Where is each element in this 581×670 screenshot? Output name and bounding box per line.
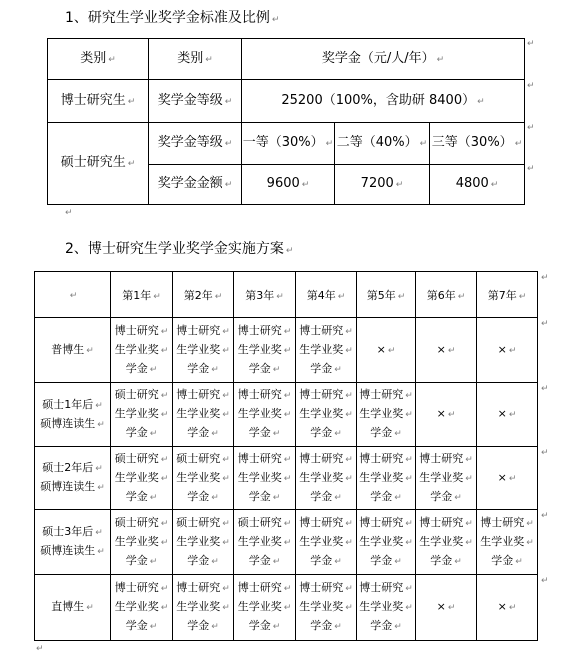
cell-line: 学金↵ [357,617,415,636]
paragraph-mark: ↵ [97,483,105,493]
paragraph-mark: ↵ [345,584,353,594]
cell-line: 生学业奖↵ [357,469,415,488]
table2-row-label-cell: 直博生↵ [35,575,111,641]
table2-year-header-cell: 第2年↵ [173,272,234,318]
cell-line: ×↵ [477,341,537,360]
table2-cell: 硕士研究↵生学业奖↵学金↵ [173,447,234,510]
cell-line: 生学业奖↵ [111,341,172,360]
cell-text: 博士研究 [359,581,403,594]
paragraph-mark: ↵ [161,391,169,401]
cell-text: 博士研究 [299,516,343,529]
paragraph-mark: ↵ [345,327,353,337]
cell-line: 生学业奖↵ [296,341,356,360]
paragraph-mark: ↵ [526,538,534,548]
cell-line: 博士研究↵ [173,322,233,341]
cell-text: 生学业奖 [419,535,463,548]
cell-text: × [498,471,507,484]
table2-row-label-cell: 硕士3年后↵硕博连读生↵ [35,510,111,575]
cell-text: 硕士研究 [115,452,159,465]
cell-text: 学金 [187,554,209,567]
cell-text: 生学业奖 [299,600,343,613]
paragraph-mark: ↵ [215,292,223,302]
paragraph-mark: ↵ [394,429,402,439]
cell-line: 学金↵ [296,424,356,443]
cell-text: 学金 [370,619,392,632]
cell-line: 生学业奖↵ [111,405,172,424]
table1-doctor-grade-label-cell: 奖学金等级↵ [149,80,242,123]
table2-cell: 博士研究↵生学业奖↵学金↵ [296,318,357,383]
cell-text: 硕士研究生 [61,155,126,170]
cell-text: 学金 [126,490,148,503]
cell-text: 生学业奖 [115,407,159,420]
table2-cell: 博士研究↵生学业奖↵学金↵ [234,575,296,641]
cell-text: 生学业奖 [115,471,159,484]
cell-text: 类别 [80,51,106,66]
paragraph-mark: ↵ [222,346,230,356]
cell-line: 博士研究↵ [416,514,476,533]
paragraph-mark: ↵ [405,603,413,613]
table1-category-cell: 类别↵ [48,39,149,80]
cell-text: 第3年 [245,289,274,302]
cell-text: 学金 [249,490,271,503]
cell-text: 二等（40%） [337,135,418,150]
cell-line: 学金↵ [234,617,295,636]
cell-line: 博士研究↵ [296,386,356,405]
paragraph-mark: ↵ [150,429,158,439]
cell-text: 学金 [310,619,332,632]
cell-line: 生学业奖↵ [357,598,415,617]
cell-line: ×↵ [416,598,476,617]
cell-text: 4800 [456,176,489,191]
table1-grade-cell: 三等（30%）↵ [430,123,525,165]
cell-text: 学金 [370,490,392,503]
cell-text: 博士研究 [480,516,524,529]
cell-text: 生学业奖 [176,535,220,548]
cell-text: 生学业奖 [299,535,343,548]
paragraph-mark: ↵ [326,139,334,149]
cell-line: 博士研究↵ [111,579,172,598]
paragraph-mark: ↵ [338,292,346,302]
cell-text: 博士研究 [299,324,343,337]
paragraph-mark: ↵ [405,391,413,401]
paragraph-mark: ↵ [345,538,353,548]
paragraph-mark: ↵ [211,365,219,375]
cell-text: 博士研究 [299,452,343,465]
cell-line: ×↵ [477,405,537,424]
paragraph-mark: ↵ [211,622,219,632]
cell-line: 学金↵ [416,552,476,571]
cell-line: 学金↵ [296,552,356,571]
cell-text: 直博生 [51,600,84,613]
cell-text: 博士研究 [238,452,282,465]
cell-text: 学金 [310,362,332,375]
paragraph-mark: ↵ [70,291,78,301]
cell-text: 生学业奖 [176,343,220,356]
cell-text: 学金 [370,554,392,567]
table2-row-label-cell: 普博生↵ [35,318,111,383]
paragraph-mark: ↵ [284,391,292,401]
cell-line: 学金↵ [357,552,415,571]
cell-text: 博士研究 [238,388,282,401]
cell-line: 学金↵ [416,488,476,507]
paragraph-mark: ↵ [345,455,353,465]
cell-line: 学金↵ [173,488,233,507]
paragraph-mark: ↵ [465,519,473,529]
table2-cell: ×↵ [477,447,538,510]
cell-line: 博士研究↵ [357,514,415,533]
cell-text: 普博生 [51,343,84,356]
paragraph-mark: ↵ [36,645,44,654]
cell-line: 硕博连读生↵ [35,542,110,561]
table2-cell: 博士研究↵生学业奖↵学金↵ [173,383,234,447]
cell-line: 博士研究↵ [173,579,233,598]
table2-cell: 硕士研究↵生学业奖↵学金↵ [111,447,173,510]
paragraph-mark: ↵ [541,385,549,394]
cell-text: × [498,407,507,420]
paragraph-mark: ↵ [150,365,158,375]
paragraph-mark: ↵ [527,40,535,49]
cell-text: 学金 [187,362,209,375]
paragraph-mark: ↵ [515,139,523,149]
table2-cell: 硕士研究↵生学业奖↵学金↵ [173,510,234,575]
cell-line: ×↵ [477,469,537,488]
paragraph-mark: ↵ [396,180,404,190]
paragraph-mark: ↵ [465,474,473,484]
cell-line: 学金↵ [296,488,356,507]
table2-cell: 博士研究↵生学业奖↵学金↵ [357,383,416,447]
cell-text: 硕士研究 [176,452,220,465]
cell-line: 博士研究↵ [296,322,356,341]
cell-text: 生学业奖 [359,535,403,548]
cell-line: 学金↵ [173,552,233,571]
cell-text: 生学业奖 [299,407,343,420]
cell-line: 学金↵ [111,424,172,443]
cell-line: 硕博连读生↵ [35,478,110,497]
paragraph-mark: ↵ [222,474,230,484]
paragraph-mark: ↵ [272,15,280,25]
cell-text: 第6年 [427,289,456,302]
table2-cell: 博士研究↵生学业奖↵学金↵ [173,318,234,383]
paragraph-mark: ↵ [273,429,281,439]
paragraph-mark: ↵ [448,410,456,420]
table2-cell: 博士研究↵生学业奖↵学金↵ [173,575,234,641]
cell-text: 博士研究 [238,581,282,594]
paragraph-mark: ↵ [509,346,517,356]
cell-text: 生学业奖 [238,407,282,420]
cell-text: 博士研究 [299,581,343,594]
paragraph-mark: ↵ [509,603,517,613]
cell-text: 第5年 [367,289,396,302]
cell-line: 生学业奖↵ [173,533,233,552]
table2-year-header-cell: 第4年↵ [296,272,357,318]
cell-line: 学金↵ [111,617,172,636]
cell-text: 学金 [491,554,513,567]
cell-line: 生学业奖↵ [296,469,356,488]
cell-text: 第4年 [307,289,336,302]
paragraph-mark: ↵ [398,292,406,302]
paragraph-mark: ↵ [95,401,103,411]
cell-line: 硕士研究↵ [111,514,172,533]
table2-cell: ×↵ [477,575,538,641]
section1-title: 1、研究生学业奖学金标准及比例↵ [65,10,279,29]
cell-line: 学金↵ [234,360,295,379]
cell-text: × [437,600,446,613]
cell-line: 硕士2年后↵ [35,459,110,478]
table1-category-cell: 类别↵ [149,39,242,80]
table2-row: 硕士2年后↵硕博连读生↵硕士研究↵生学业奖↵学金↵硕士研究↵生学业奖↵学金↵博士… [35,447,538,510]
cell-text: 学金 [126,426,148,439]
paragraph-mark: ↵ [222,584,230,594]
table2-cell: 博士研究↵生学业奖↵学金↵ [416,510,477,575]
paragraph-mark: ↵ [211,429,219,439]
paragraph-mark: ↵ [284,455,292,465]
cell-text: 硕博连读生 [40,544,95,557]
cell-line: 生学业奖↵ [357,405,415,424]
paragraph-mark: ↵ [284,327,292,337]
table1-grade-cell: 一等（30%）↵ [242,123,335,165]
cell-line: 博士研究↵ [234,386,295,405]
paragraph-mark: ↵ [541,274,549,283]
paragraph-mark: ↵ [211,557,219,567]
paragraph-mark: ↵ [420,139,428,149]
cell-line: 博士研究↵ [296,450,356,469]
section2-title: 2、博士研究生学业奖学金实施方案↵ [65,241,293,260]
cell-line: 博士研究↵ [234,450,295,469]
table2-cell: 博士研究↵生学业奖↵学金↵ [357,447,416,510]
paragraph-mark: ↵ [286,246,294,256]
table2-row-label-cell: 硕士1年后↵硕博连读生↵ [35,383,111,447]
cell-line: 博士研究↵ [234,579,295,598]
cell-text: 学金 [370,426,392,439]
cell-text: 博士研究 [419,452,463,465]
paragraph-mark: ↵ [448,603,456,613]
table2-cell: 博士研究↵生学业奖↵学金↵ [111,575,173,641]
paragraph-mark: ↵ [86,603,94,613]
cell-line: 硕士研究↵ [173,450,233,469]
cell-text: × [437,343,446,356]
cell-line: 博士研究↵ [416,450,476,469]
paragraph-mark: ↵ [405,455,413,465]
paragraph-mark: ↵ [526,519,534,529]
cell-line: 学金↵ [296,617,356,636]
table1-master-amount-label-cell: 奖学金金额↵ [149,165,242,205]
paragraph-mark: ↵ [405,474,413,484]
paragraph-mark: ↵ [345,346,353,356]
cell-text: 博士研究 [176,388,220,401]
paragraph-mark: ↵ [509,474,517,484]
cell-line: 硕士1年后↵ [35,396,110,415]
cell-text: 学金 [187,619,209,632]
cell-text: 生学业奖 [359,471,403,484]
cell-line: 学金↵ [173,617,233,636]
cell-text: 硕士研究 [176,516,220,529]
table2-cell: 博士研究↵生学业奖↵学金↵ [296,383,357,447]
paragraph-mark: ↵ [108,55,116,65]
table2-year-header-cell: 第3年↵ [234,272,296,318]
cell-line: 硕士3年后↵ [35,523,110,542]
paragraph-mark: ↵ [284,538,292,548]
table2-cell: 硕士研究↵生学业奖↵学金↵ [234,510,296,575]
cell-text: 7200 [361,176,394,191]
paragraph-mark: ↵ [491,180,499,190]
cell-line: 生学业奖↵ [416,533,476,552]
table1-doctor-label-cell: 博士研究生↵ [48,80,149,123]
cell-line: 博士研究↵ [357,450,415,469]
cell-text: 生学业奖 [419,471,463,484]
table2-year-header-cell: 第5年↵ [357,272,416,318]
cell-text: 学金 [187,426,209,439]
table2-row-label-cell: 硕士2年后↵硕博连读生↵ [35,447,111,510]
table1-amount-cell: 7200↵ [335,165,430,205]
paragraph-mark: ↵ [225,139,233,149]
paragraph-mark: ↵ [222,455,230,465]
table2-cell: ×↵ [477,383,538,447]
paragraph-mark: ↵ [334,493,342,503]
table2-cell: 博士研究↵生学业奖↵学金↵ [477,510,538,575]
paragraph-mark: ↵ [161,603,169,613]
paragraph-mark: ↵ [458,292,466,302]
cell-line: 博士研究↵ [357,386,415,405]
cell-line: 生学业奖↵ [111,598,172,617]
cell-text: 生学业奖 [238,343,282,356]
paragraph-mark: ↵ [465,538,473,548]
cell-text: 博士研究 [299,388,343,401]
cell-text: 学金 [187,490,209,503]
cell-text: 生学业奖 [176,407,220,420]
cell-text: 25200（100%，含助研 8400） [281,93,475,108]
paragraph-mark: ↵ [394,493,402,503]
cell-text: 生学业奖 [359,600,403,613]
paragraph-mark: ↵ [161,538,169,548]
paragraph-mark: ↵ [150,493,158,503]
cell-text: 第1年 [122,289,151,302]
paragraph-mark: ↵ [541,512,549,521]
table2-row: 硕士3年后↵硕博连读生↵硕士研究↵生学业奖↵学金↵硕士研究↵生学业奖↵学金↵硕士… [35,510,538,575]
paragraph-mark: ↵ [405,410,413,420]
paragraph-mark: ↵ [405,538,413,548]
cell-text: 学金 [249,619,271,632]
cell-text: 9600 [267,176,300,191]
paragraph-mark: ↵ [161,455,169,465]
cell-line: 硕博连读生↵ [35,415,110,434]
table2-cell: 博士研究↵生学业奖↵学金↵ [296,510,357,575]
table2-header-row: ↵ 第1年↵ 第2年↵ 第3年↵ 第4年↵ 第5年↵ 第6年↵ 第7年↵ [35,272,538,318]
paragraph-mark: ↵ [541,320,549,329]
paragraph-mark: ↵ [345,519,353,529]
table2-cell: 硕士研究↵生学业奖↵学金↵ [111,383,173,447]
paragraph-mark: ↵ [405,519,413,529]
paragraph-mark: ↵ [388,346,396,356]
cell-line: 生学业奖↵ [296,405,356,424]
paragraph-mark: ↵ [454,557,462,567]
paragraph-mark: ↵ [284,410,292,420]
cell-line: 学金↵ [477,552,537,571]
cell-text: × [498,343,507,356]
table2-cell: ×↵ [357,318,416,383]
cell-line: ×↵ [416,405,476,424]
paragraph-mark: ↵ [161,327,169,337]
cell-line: 学金↵ [173,360,233,379]
paragraph-mark: ↵ [334,557,342,567]
paragraph-mark: ↵ [97,420,105,430]
cell-text: 学金 [126,554,148,567]
cell-text: 生学业奖 [115,600,159,613]
cell-text: 奖学金等级 [158,93,223,108]
cell-line: 博士研究↵ [234,322,295,341]
paragraph-mark: ↵ [150,557,158,567]
paragraph-mark: ↵ [448,346,456,356]
section2-title-text: 2、博士研究生学业奖学金实施方案 [65,241,284,257]
paragraph-mark: ↵ [345,474,353,484]
cell-line: 学金↵ [111,552,172,571]
cell-text: 生学业奖 [176,471,220,484]
table2-cell: 博士研究↵生学业奖↵学金↵ [416,447,477,510]
table1-grade-cell: 二等（40%）↵ [335,123,430,165]
cell-text: 博士研究 [359,516,403,529]
paragraph-mark: ↵ [161,584,169,594]
table2-cell: ×↵ [416,575,477,641]
paragraph-mark: ↵ [97,547,105,557]
cell-text: 奖学金（元/人/年） [322,51,435,66]
paragraph-mark: ↵ [86,346,94,356]
paragraph-mark: ↵ [541,449,549,458]
cell-text: 奖学金等级 [158,135,223,150]
table2-cell: 博士研究↵生学业奖↵学金↵ [296,447,357,510]
cell-line: 直博生↵ [35,598,110,617]
cell-text: 学金 [126,619,148,632]
table2-cell: 博士研究↵生学业奖↵学金↵ [357,510,416,575]
paragraph-mark: ↵ [161,519,169,529]
cell-line: 生学业奖↵ [111,533,172,552]
paragraph-mark: ↵ [65,209,73,218]
paragraph-mark: ↵ [334,429,342,439]
paragraph-mark: ↵ [394,557,402,567]
cell-line: ×↵ [357,341,415,360]
paragraph-mark: ↵ [95,528,103,538]
paragraph-mark: ↵ [345,410,353,420]
cell-text: 第2年 [184,289,213,302]
paragraph-mark: ↵ [405,584,413,594]
document-page: 1、研究生学业奖学金标准及比例↵ 类别↵ 类别↵ 奖学金（元/人/年）↵ 博士研… [0,0,581,670]
paragraph-mark: ↵ [161,474,169,484]
paragraph-mark: ↵ [394,622,402,632]
table1-amount-cell: 4800↵ [430,165,525,205]
paragraph-mark: ↵ [437,55,445,65]
cell-text: 博士研究 [115,581,159,594]
table2-cell: 博士研究↵生学业奖↵学金↵ [357,575,416,641]
paragraph-mark: ↵ [519,292,527,302]
cell-line: 博士研究↵ [173,386,233,405]
cell-text: × [498,600,507,613]
paragraph-mark: ↵ [541,577,549,586]
paragraph-mark: ↵ [477,97,485,107]
paragraph-mark: ↵ [161,346,169,356]
section1-title-text: 1、研究生学业奖学金标准及比例 [65,10,270,26]
cell-line: 学金↵ [357,424,415,443]
cell-text: × [437,407,446,420]
table2-cell: 博士研究↵生学业奖↵学金↵ [234,318,296,383]
table2-year-header-cell: 第7年↵ [477,272,538,318]
scholarship-standard-table: 类别↵ 类别↵ 奖学金（元/人/年）↵ 博士研究生↵ 奖学金等级↵ 25200（… [47,38,525,205]
table1-master-grade-row: 硕士研究生↵ 奖学金等级↵ 一等（30%）↵ 二等（40%）↵ 三等（30%）↵ [48,123,525,165]
cell-line: 学金↵ [296,360,356,379]
table2-corner-cell: ↵ [35,272,111,318]
paragraph-mark: ↵ [95,464,103,474]
table2-year-header-cell: 第1年↵ [111,272,173,318]
cell-text: × [377,343,386,356]
cell-text: 博士研究 [115,324,159,337]
paragraph-mark: ↵ [150,622,158,632]
